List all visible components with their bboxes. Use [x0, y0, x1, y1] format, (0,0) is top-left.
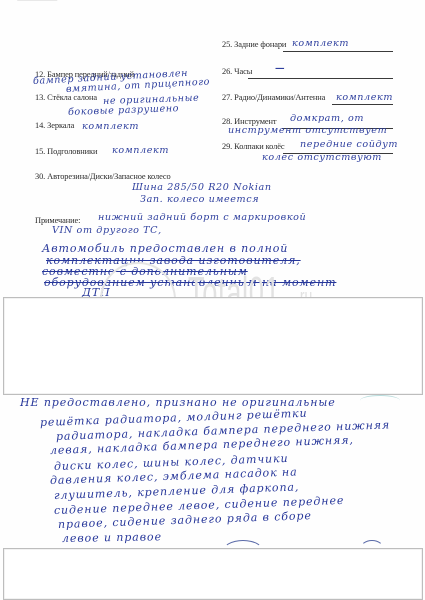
hw-headrests: комплект — [112, 145, 169, 156]
underline-radio — [332, 104, 393, 105]
label-clock: 26. Часы — [222, 67, 252, 76]
label-radio: 27. Радио/Динамики/Антенна — [222, 93, 325, 102]
hw-glass-2: боковые разрушено — [68, 103, 179, 118]
hw-note-2: VIN от другого ТС, — [52, 225, 162, 236]
hw-tires-1: Шина 285/50 R20 Nokian — [132, 182, 272, 193]
paper-fold-mark — [0, 0, 58, 23]
label-mirrors: 14. Зеркала — [35, 121, 74, 130]
hw-note-1: нижний задний борт с маркировкой — [98, 212, 306, 223]
label-note: Примечание: — [35, 216, 80, 225]
underline-clock — [248, 78, 393, 79]
hw-tool-2: инструмент отсутствует — [228, 125, 387, 136]
hw-list-10: левое и правое — [62, 530, 162, 545]
label-wheel-caps: 29. Колпаки колёс — [222, 142, 284, 151]
hw-clock: — — [275, 63, 285, 74]
hw-rear-lights: комплект — [292, 38, 349, 49]
redacted-region-2 — [3, 548, 423, 600]
label-tires-wheels: 30. Авторезина/Диски/Запасное колесо — [35, 172, 171, 181]
hw-mirrors: комплект — [82, 121, 139, 132]
hw-tires-2: Зап. колесо имеется — [140, 194, 259, 205]
hw-caps-2: колес отсутствуют — [262, 152, 382, 163]
hw-caps-1: передние сойдут — [300, 139, 398, 150]
scanned-inspection-form: 12. Бампер передний/задний 13. Стёкла са… — [0, 0, 425, 600]
underline-rear-lights — [283, 51, 393, 52]
redacted-region-1 — [3, 297, 423, 395]
hw-tool-1: домкрат, от — [290, 113, 364, 124]
stamp-fragment — [360, 395, 400, 406]
label-rear-lights: 25. Задние фонари — [222, 40, 286, 49]
hw-radio: комплект — [336, 92, 393, 103]
label-headrests: 15. Подголовники — [35, 147, 97, 156]
